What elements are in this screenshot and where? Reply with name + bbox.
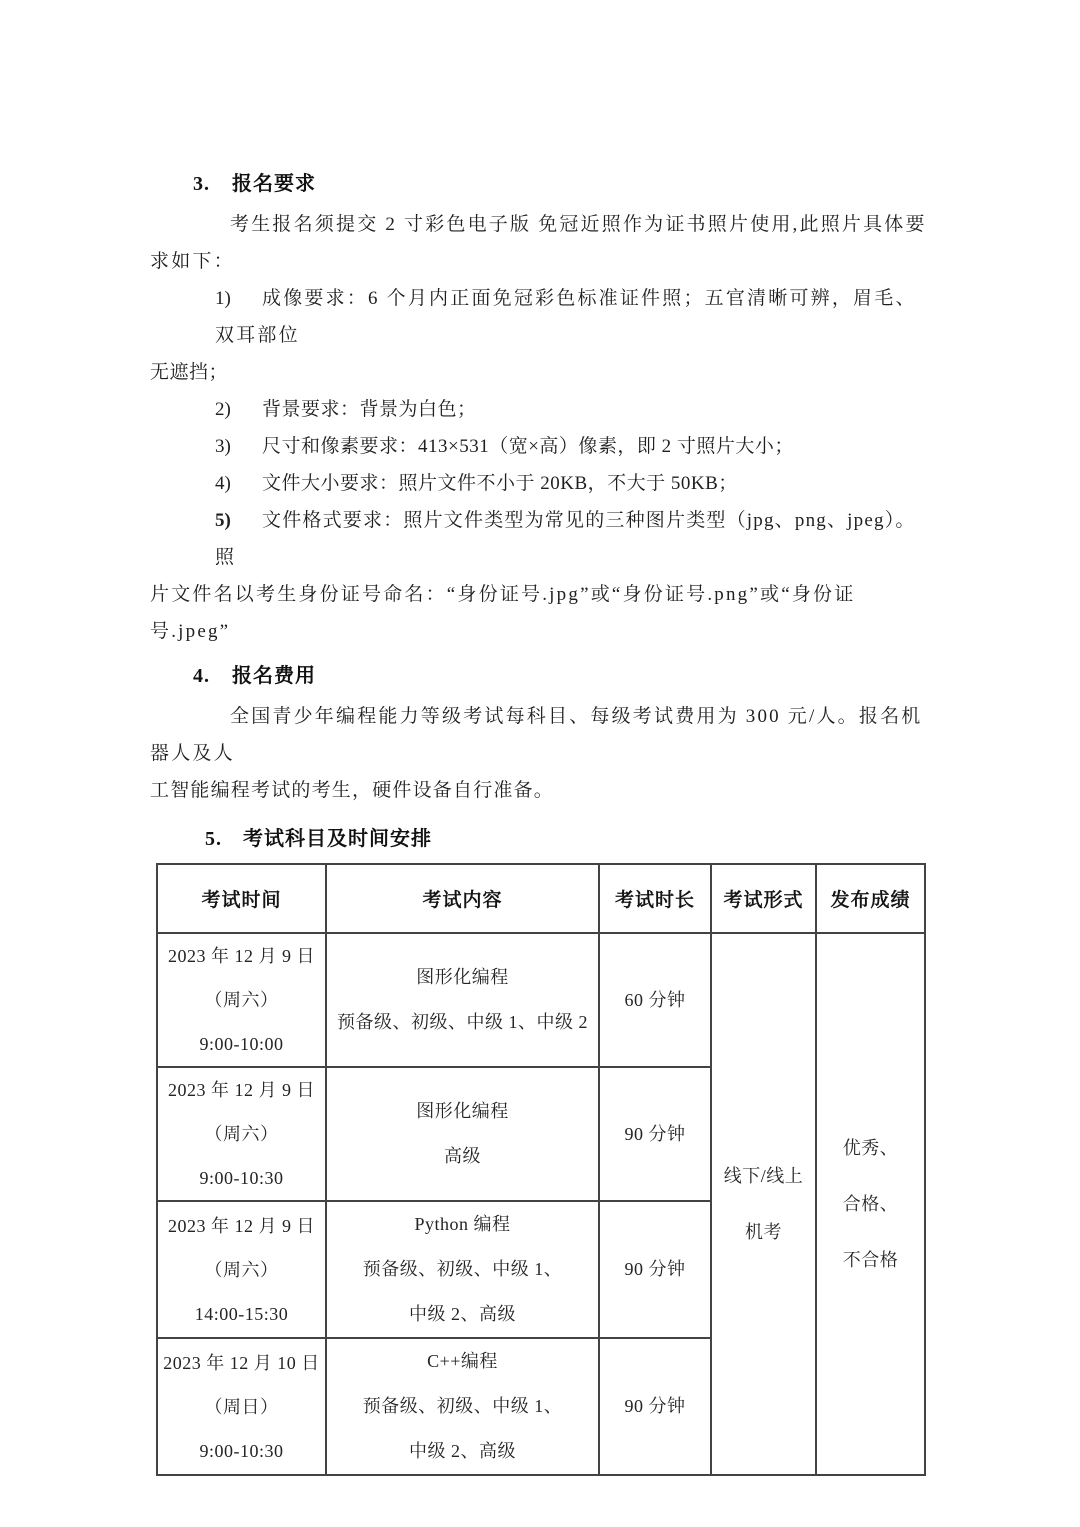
paragraph-fee-line2: 工智能编程考试的考生，硬件设备自行准备。	[150, 772, 930, 809]
list-item-number: 5)	[215, 502, 262, 539]
exam-schedule-table: 考试时间 考试内容 考试时长 考试形式 发布成绩 2023 年 12 月 9 日…	[156, 863, 926, 1476]
heading-registration-requirements: 3.报名要求	[193, 170, 1080, 198]
cell-exam-content: Python 编程 预备级、初级、中级 1、 中级 2、高级	[326, 1201, 599, 1338]
cell-exam-duration: 60 分钟	[599, 933, 711, 1067]
exam-duration: 90 分钟	[600, 1247, 710, 1292]
heading-number: 3.	[193, 170, 232, 198]
exam-format-line: 机考	[712, 1204, 815, 1260]
col-header-exam-content: 考试内容	[326, 864, 599, 933]
result-level: 不合格	[817, 1232, 924, 1288]
list-item-1: 1)成像要求：6 个月内正面免冠彩色标准证件照；五官清晰可辨，眉毛、双耳部位	[215, 280, 930, 354]
table-header-row: 考试时间 考试内容 考试时长 考试形式 发布成绩	[157, 864, 925, 933]
table-row: 2023 年 12 月 9 日 （周六） 9:00-10:00 图形化编程 预备…	[157, 933, 925, 1067]
heading-registration-fee: 4.报名费用	[193, 662, 1080, 690]
result-level: 优秀、	[817, 1120, 924, 1176]
cell-exam-time: 2023 年 12 月 9 日 （周六） 9:00-10:30	[157, 1067, 326, 1201]
list-item-1-continuation: 无遮挡；	[150, 354, 930, 391]
list-item-number: 4)	[215, 465, 262, 502]
cell-exam-time: 2023 年 12 月 10 日 （周日） 9:00-10:30	[157, 1338, 326, 1475]
cell-exam-time: 2023 年 12 月 9 日 （周六） 9:00-10:00	[157, 933, 326, 1067]
cell-exam-duration: 90 分钟	[599, 1201, 711, 1338]
list-item-number: 2)	[215, 391, 262, 428]
exam-levels: 中级 2、高级	[327, 1429, 598, 1474]
list-item-text: 文件格式要求：照片文件类型为常见的三种图片类型（jpg、png、jpeg）。照	[215, 510, 916, 568]
paragraph-fee-line1: 全国青少年编程能力等级考试每科目、每级考试费用为 300 元/人。报名机器人及人	[150, 698, 930, 772]
list-item-text: 文件大小要求：照片文件不小于 20KB，不大于 50KB；	[262, 473, 738, 494]
col-header-exam-time: 考试时间	[157, 864, 326, 933]
exam-subject: 图形化编程	[327, 1089, 598, 1134]
list-item-text: 背景要求：背景为白色；	[262, 399, 477, 420]
exam-weekday: （周日）	[158, 1385, 325, 1429]
exam-weekday: （周六）	[158, 978, 325, 1022]
exam-date: 2023 年 12 月 10 日	[158, 1341, 325, 1385]
col-header-result-publish: 发布成绩	[816, 864, 925, 933]
result-level: 合格、	[817, 1176, 924, 1232]
exam-levels: 高级	[327, 1134, 598, 1179]
cell-exam-time: 2023 年 12 月 9 日 （周六） 14:00-15:30	[157, 1201, 326, 1338]
paragraph-intro-photo: 考生报名须提交 2 寸彩色电子版 免冠近照作为证书照片使用,此照片具体要求如下：	[150, 206, 930, 280]
heading-number: 5.	[205, 825, 243, 853]
exam-hours: 9:00-10:00	[158, 1022, 325, 1066]
exam-levels: 预备级、初级、中级 1、	[327, 1247, 598, 1292]
list-item-text: 成像要求：6 个月内正面免冠彩色标准证件照；五官清晰可辨，眉毛、双耳部位	[215, 288, 917, 346]
heading-number: 4.	[193, 662, 232, 690]
cell-exam-duration: 90 分钟	[599, 1338, 711, 1475]
exam-duration: 60 分钟	[600, 978, 710, 1023]
list-item-4: 4)文件大小要求：照片文件不小于 20KB，不大于 50KB；	[215, 465, 930, 502]
exam-hours: 9:00-10:30	[158, 1429, 325, 1473]
heading-exam-schedule: 5.考试科目及时间安排	[205, 825, 1080, 853]
exam-date: 2023 年 12 月 9 日	[158, 934, 325, 978]
list-item-3: 3)尺寸和像素要求：413×531（宽×高）像素，即 2 寸照片大小；	[215, 428, 930, 465]
exam-levels: 预备级、初级、中级 1、中级 2	[327, 1000, 598, 1045]
col-header-exam-duration: 考试时长	[599, 864, 711, 933]
heading-text: 考试科目及时间安排	[243, 828, 432, 850]
exam-subject: Python 编程	[327, 1202, 598, 1247]
exam-date: 2023 年 12 月 9 日	[158, 1068, 325, 1112]
exam-subject: C++编程	[327, 1339, 598, 1384]
cell-exam-format: 线下/线上 机考	[711, 933, 816, 1475]
exam-weekday: （周六）	[158, 1112, 325, 1156]
exam-levels: 中级 2、高级	[327, 1292, 598, 1337]
list-item-number: 3)	[215, 428, 262, 465]
cell-exam-duration: 90 分钟	[599, 1067, 711, 1201]
cell-exam-content: C++编程 预备级、初级、中级 1、 中级 2、高级	[326, 1338, 599, 1475]
exam-hours: 9:00-10:30	[158, 1156, 325, 1200]
exam-weekday: （周六）	[158, 1248, 325, 1292]
exam-levels: 预备级、初级、中级 1、	[327, 1384, 598, 1429]
heading-text: 报名费用	[232, 665, 316, 687]
list-item-2: 2)背景要求：背景为白色；	[215, 391, 930, 428]
exam-duration: 90 分钟	[600, 1384, 710, 1429]
document-page: 3.报名要求 考生报名须提交 2 寸彩色电子版 免冠近照作为证书照片使用,此照片…	[0, 0, 1080, 1527]
cell-exam-content: 图形化编程 高级	[326, 1067, 599, 1201]
heading-text: 报名要求	[232, 173, 316, 195]
exam-hours: 14:00-15:30	[158, 1292, 325, 1336]
list-item-number: 1)	[215, 280, 262, 317]
exam-format-line: 线下/线上	[712, 1148, 815, 1204]
list-item-5-continuation: 片文件名以考生身份证号命名：“身份证号.jpg”或“身份证号.png”或“身份证…	[150, 576, 930, 650]
cell-result-publish: 优秀、 合格、 不合格	[816, 933, 925, 1475]
list-item-text: 尺寸和像素要求：413×531（宽×高）像素，即 2 寸照片大小；	[262, 436, 794, 457]
exam-subject: 图形化编程	[327, 955, 598, 1000]
exam-date: 2023 年 12 月 9 日	[158, 1204, 325, 1248]
cell-exam-content: 图形化编程 预备级、初级、中级 1、中级 2	[326, 933, 599, 1067]
list-item-5: 5)文件格式要求：照片文件类型为常见的三种图片类型（jpg、png、jpeg）。…	[215, 502, 930, 576]
exam-duration: 90 分钟	[600, 1112, 710, 1157]
col-header-exam-format: 考试形式	[711, 864, 816, 933]
